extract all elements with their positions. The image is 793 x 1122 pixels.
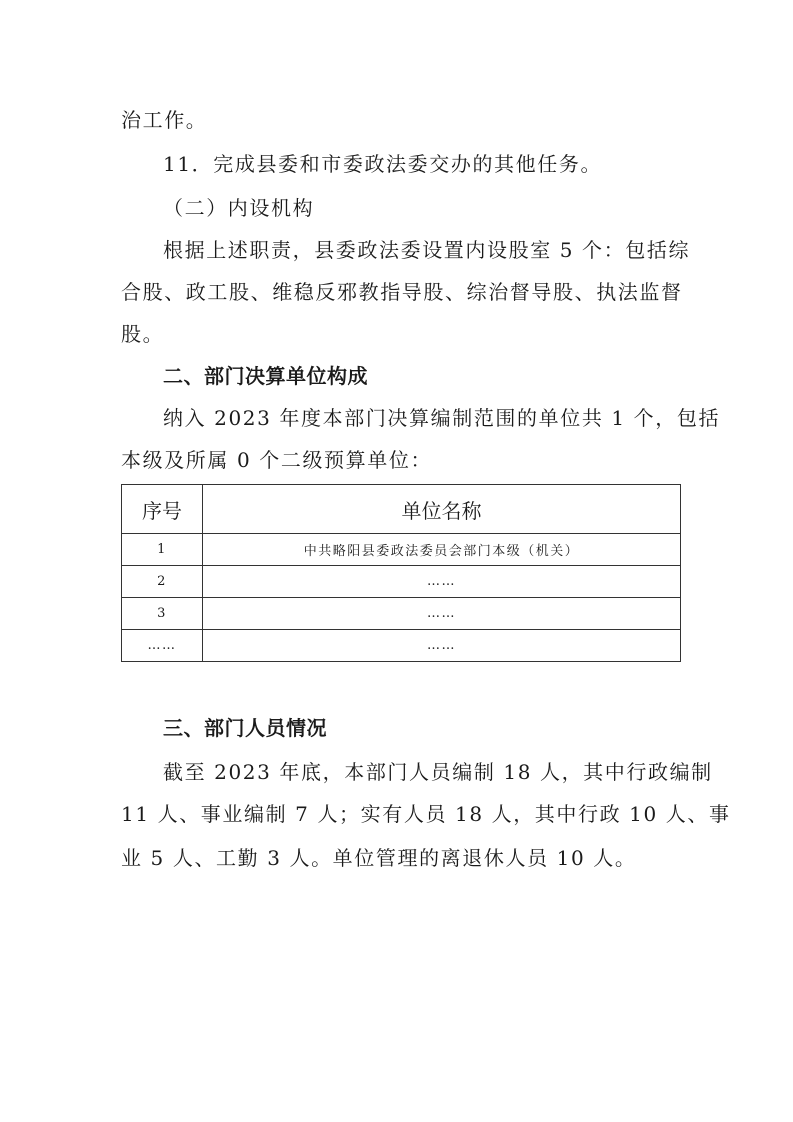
section-heading-personnel: 三、部门人员情况 [163, 716, 327, 740]
paragraph-text: 治工作。 [121, 108, 207, 132]
header-unit-name: 单位名称 [203, 485, 681, 534]
paragraph-text: 本级及所属 0 个二级预算单位： [121, 448, 432, 472]
cell-serial: 2 [122, 566, 203, 598]
table-row: 2 …… [122, 566, 681, 598]
list-item-11: 11．完成县委和市委政法委交办的其他任务。 [163, 152, 602, 176]
paragraph-text: 股。 [121, 322, 164, 346]
cell-unit-name: …… [203, 630, 681, 662]
paragraph-text: 11 人、事业编制 7 人；实有人员 18 人，其中行政 10 人、事 [121, 802, 731, 826]
cell-serial: 3 [122, 598, 203, 630]
table-row: …… …… [122, 630, 681, 662]
table-header-row: 序号 单位名称 [122, 485, 681, 534]
paragraph-text: 业 5 人、工勤 3 人。单位管理的离退休人员 10 人。 [121, 846, 636, 870]
table-row: 1 中共略阳县委政法委员会部门本级（机关） [122, 534, 681, 566]
table-row: 3 …… [122, 598, 681, 630]
cell-serial: 1 [122, 534, 203, 566]
units-table: 序号 单位名称 1 中共略阳县委政法委员会部门本级（机关） 2 …… 3 …… … [121, 484, 681, 662]
header-serial: 序号 [122, 485, 203, 534]
cell-unit-name: …… [203, 566, 681, 598]
section-heading-units: 二、部门决算单位构成 [163, 364, 368, 388]
paragraph-text: 根据上述职责，县委政法委设置内设股室 5 个：包括综 [163, 238, 690, 262]
subheading-internal-structure: （二）内设机构 [163, 196, 314, 220]
cell-unit-name: …… [203, 598, 681, 630]
cell-unit-name: 中共略阳县委政法委员会部门本级（机关） [203, 534, 681, 566]
paragraph-text: 合股、政工股、维稳反邪教指导股、综治督导股、执法监督 [121, 280, 683, 304]
paragraph-text: 纳入 2023 年度本部门决算编制范围的单位共 1 个，包括 [163, 406, 720, 430]
paragraph-text: 截至 2023 年底，本部门人员编制 18 人，其中行政编制 [163, 760, 713, 784]
cell-serial: …… [122, 630, 203, 662]
